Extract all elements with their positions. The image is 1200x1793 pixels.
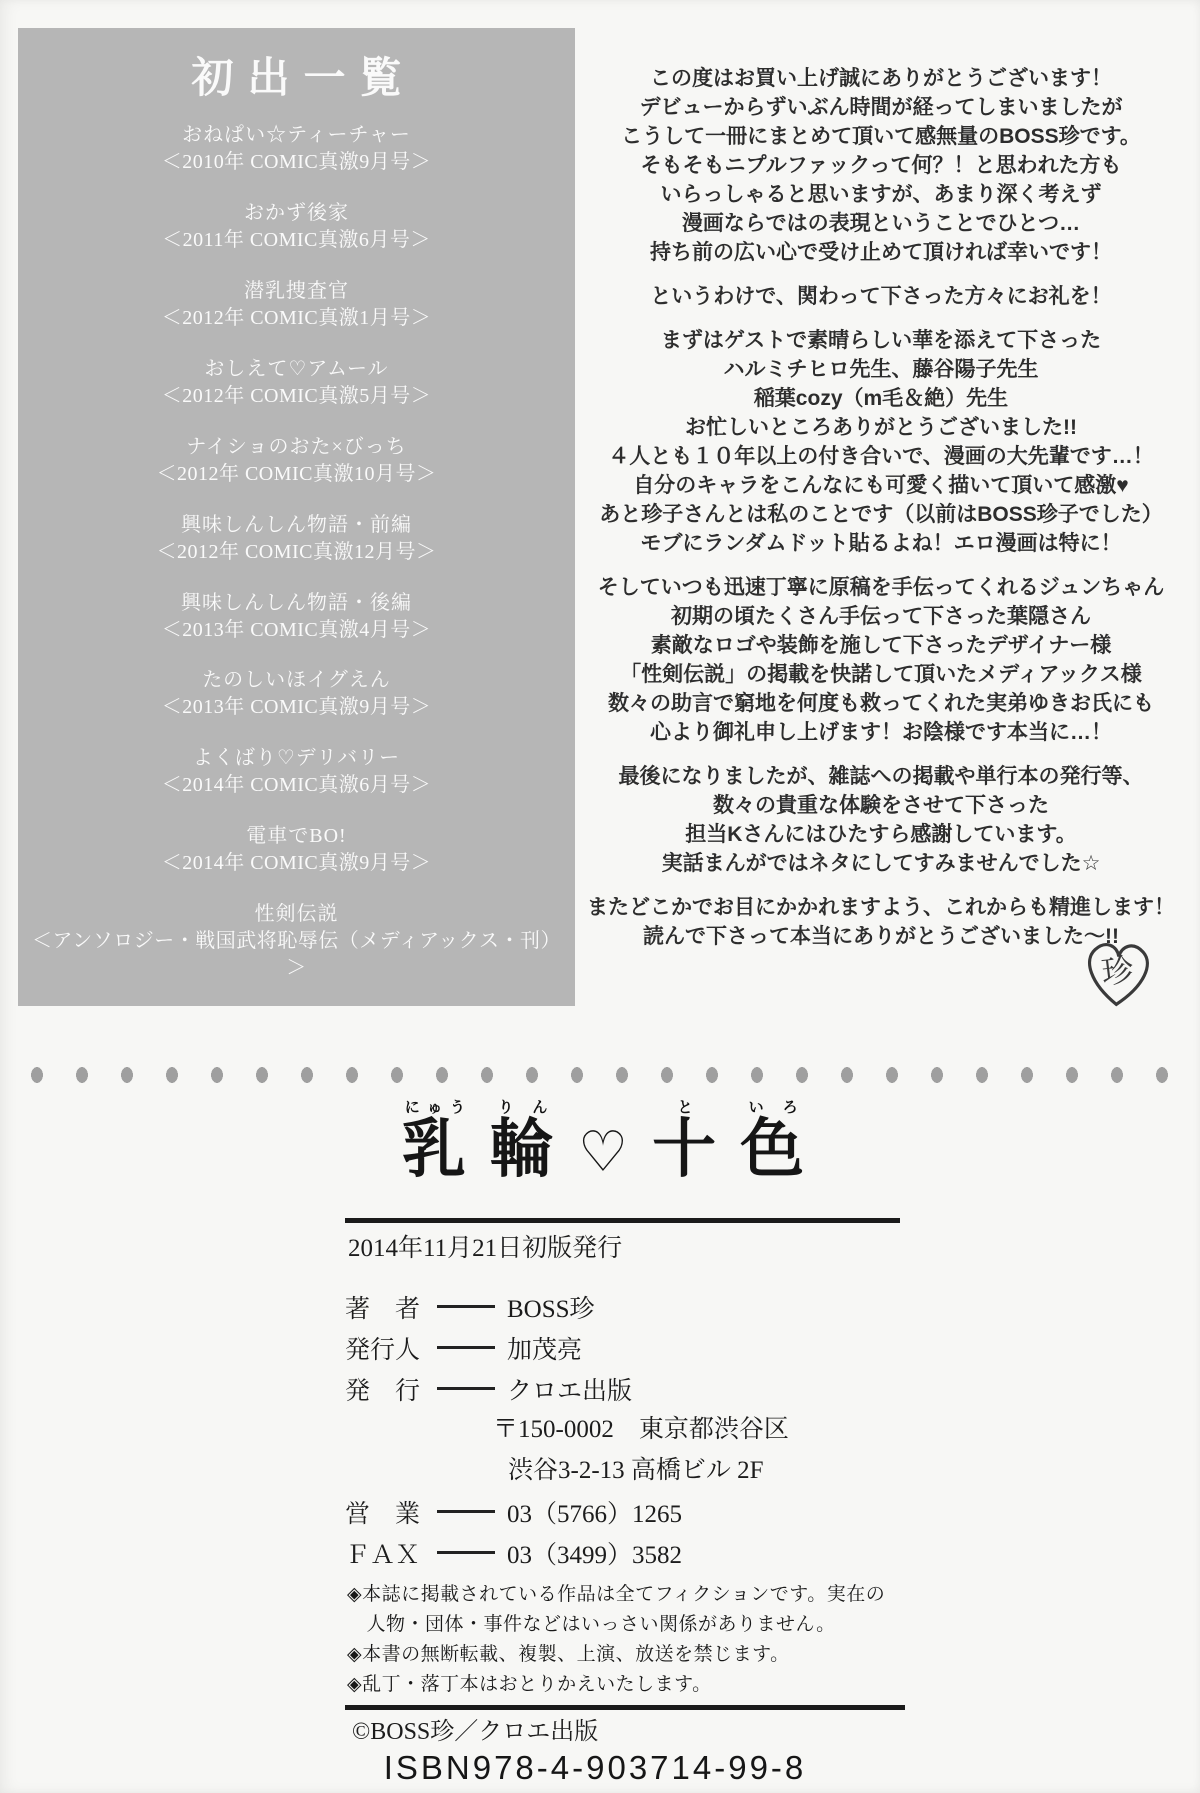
title-character: ♡ bbox=[578, 1122, 632, 1184]
title-character: 輪りん bbox=[490, 1114, 558, 1185]
row-label: 発行人 bbox=[345, 1330, 433, 1366]
work-title: おねぱい☆ティーチャー bbox=[28, 122, 565, 149]
title-character: 十と bbox=[652, 1114, 720, 1185]
work-source: ＜2012年 COMIC真激1月号＞ bbox=[28, 305, 565, 332]
afterword-paragraph: まずはゲストで素晴らしい華を添えて下さった ハルミチヒロ先生、藤谷陽子先生 稲葉… bbox=[575, 326, 1187, 558]
work-title: ナイショのおた×びっち bbox=[28, 434, 565, 461]
publisher-address-line1: 〒150-0002 東京都渋谷区 bbox=[493, 1409, 789, 1450]
work-source: ＜アンソロジー・戦国武将恥辱伝（メディアックス・刊）＞ bbox=[28, 928, 565, 982]
bottom-rule bbox=[345, 1705, 905, 1710]
afterword-paragraph: 最後になりましたが、雑誌への掲載や単行本の発行等、 数々の貴重な体験をさせて下さ… bbox=[575, 762, 1187, 878]
title-rule bbox=[345, 1218, 900, 1223]
list-item: たのしいほイグえん ＜2013年 COMIC真激9月号＞ bbox=[28, 667, 565, 721]
work-source: ＜2014年 COMIC真激9月号＞ bbox=[28, 850, 565, 877]
copyright-line: ©BOSS珍／クロエ出版 bbox=[352, 1716, 598, 1748]
work-title: 興味しんしん物語・前編 bbox=[28, 512, 565, 539]
first-publication-box: 初出一覧 おねぱい☆ティーチャー ＜2010年 COMIC真激9月号＞ おかず後… bbox=[18, 28, 575, 1006]
row-value: 加茂亮 bbox=[507, 1330, 582, 1366]
work-title: 潜乳捜査官 bbox=[28, 278, 565, 305]
title-character: 乳にゅう bbox=[402, 1114, 470, 1185]
row-label: ＦＡＸ bbox=[345, 1535, 433, 1571]
afterword-paragraph: というわけで、関わって下さった方々にお礼を！ bbox=[575, 282, 1187, 311]
work-source: ＜2010年 COMIC真激9月号＞ bbox=[28, 149, 565, 176]
heart-signature-icon: 珍 bbox=[1076, 932, 1160, 1012]
work-title: おかず後家 bbox=[28, 200, 565, 227]
work-source: ＜2011年 COMIC真激6月号＞ bbox=[28, 227, 565, 254]
colophon-row: 著 者 BOSS珍 bbox=[345, 1286, 632, 1327]
colophon-page: 初出一覧 おねぱい☆ティーチャー ＜2010年 COMIC真激9月号＞ おかず後… bbox=[0, 0, 1200, 1793]
row-label: 営 業 bbox=[345, 1494, 433, 1530]
work-source: ＜2012年 COMIC真激5月号＞ bbox=[28, 383, 565, 410]
afterword-text: この度はお買い上げ誠にありがとうございます！ デビューからずいぶん時間が経ってし… bbox=[575, 64, 1187, 951]
first-publication-list: おねぱい☆ティーチャー ＜2010年 COMIC真激9月号＞ おかず後家 ＜20… bbox=[28, 108, 565, 982]
row-label: 著 者 bbox=[345, 1289, 433, 1325]
dotted-divider bbox=[15, 1066, 1185, 1084]
work-title: 電車でBO! bbox=[28, 823, 565, 850]
list-item: よくばり♡デリバリー ＜2014年 COMIC真激6月号＞ bbox=[28, 745, 565, 799]
list-item: おかず後家 ＜2011年 COMIC真激6月号＞ bbox=[28, 200, 565, 254]
first-publication-title: 初出一覧 bbox=[28, 54, 565, 104]
publisher-rows: 著 者 BOSS珍 発行人 加茂亮 発 行 クロエ出版 bbox=[345, 1286, 632, 1409]
list-item: おねぱい☆ティーチャー ＜2010年 COMIC真激9月号＞ bbox=[28, 122, 565, 176]
work-source: ＜2012年 COMIC真激12月号＞ bbox=[28, 539, 565, 566]
list-item: 性剣伝説 ＜アンソロジー・戦国武将恥辱伝（メディアックス・刊）＞ bbox=[28, 901, 565, 982]
work-source: ＜2013年 COMIC真激9月号＞ bbox=[28, 694, 565, 721]
contact-rows: 営 業 03（5766）1265 ＦＡＸ 03（3499）3582 bbox=[345, 1491, 682, 1573]
list-item: 興味しんしん物語・後編 ＜2013年 COMIC真激4月号＞ bbox=[28, 590, 565, 644]
afterword-paragraph: この度はお買い上げ誠にありがとうございます！ デビューからずいぶん時間が経ってし… bbox=[575, 64, 1187, 267]
list-item: ナイショのおた×びっち ＜2012年 COMIC真激10月号＞ bbox=[28, 434, 565, 488]
work-title: 性剣伝説 bbox=[28, 901, 565, 928]
work-title: 興味しんしん物語・後編 bbox=[28, 590, 565, 617]
colophon-row: 発 行 クロエ出版 bbox=[345, 1368, 632, 1409]
legal-notices: ◈本誌に掲載されている作品は全てフィクションです。実在の 人物・団体・事件などは… bbox=[347, 1580, 907, 1700]
work-title: おしえて♡アムール bbox=[28, 356, 565, 383]
work-source: ＜2012年 COMIC真激10月号＞ bbox=[28, 461, 565, 488]
work-source: ＜2013年 COMIC真激4月号＞ bbox=[28, 617, 565, 644]
label-dash-rule bbox=[437, 1510, 495, 1513]
label-dash-rule bbox=[437, 1551, 495, 1554]
colophon-row: ＦＡＸ 03（3499）3582 bbox=[345, 1532, 682, 1573]
work-title: たのしいほイグえん bbox=[28, 667, 565, 694]
list-item: 潜乳捜査官 ＜2012年 COMIC真激1月号＞ bbox=[28, 278, 565, 332]
work-title: よくばり♡デリバリー bbox=[28, 745, 565, 772]
label-dash-rule bbox=[437, 1305, 495, 1308]
work-source: ＜2014年 COMIC真激6月号＞ bbox=[28, 772, 565, 799]
row-value: BOSS珍 bbox=[507, 1289, 595, 1325]
list-item: 電車でBO! ＜2014年 COMIC真激9月号＞ bbox=[28, 823, 565, 877]
edition-date: 2014年11月21日初版発行 bbox=[348, 1234, 622, 1264]
colophon-row: 発行人 加茂亮 bbox=[345, 1327, 632, 1368]
list-item: 興味しんしん物語・前編 ＜2012年 COMIC真激12月号＞ bbox=[28, 512, 565, 566]
signature-mark: 珍 bbox=[1099, 951, 1135, 991]
row-value: 03（3499）3582 bbox=[507, 1535, 682, 1571]
colophon-row: 営 業 03（5766）1265 bbox=[345, 1491, 682, 1532]
row-value: 03（5766）1265 bbox=[507, 1494, 682, 1530]
publisher-address-line2: 渋谷3-2-13 高橋ビル 2F bbox=[508, 1450, 764, 1491]
list-item: おしえて♡アムール ＜2012年 COMIC真激5月号＞ bbox=[28, 356, 565, 410]
afterword-paragraph: そしていつも迅速丁寧に原稿を手伝ってくれるジュンちゃん 初期の頃たくさん手伝って… bbox=[575, 573, 1187, 747]
isbn-number: ISBN978-4-903714-99-8 bbox=[295, 1750, 895, 1786]
row-label: 発 行 bbox=[345, 1371, 433, 1407]
label-dash-rule bbox=[437, 1346, 495, 1349]
title-character: 色いろ bbox=[740, 1114, 808, 1185]
label-dash-rule bbox=[437, 1387, 495, 1390]
row-value: クロエ出版 bbox=[507, 1371, 632, 1407]
book-title: 乳にゅう 輪りん ♡ 十と 色いろ bbox=[330, 1100, 880, 1185]
